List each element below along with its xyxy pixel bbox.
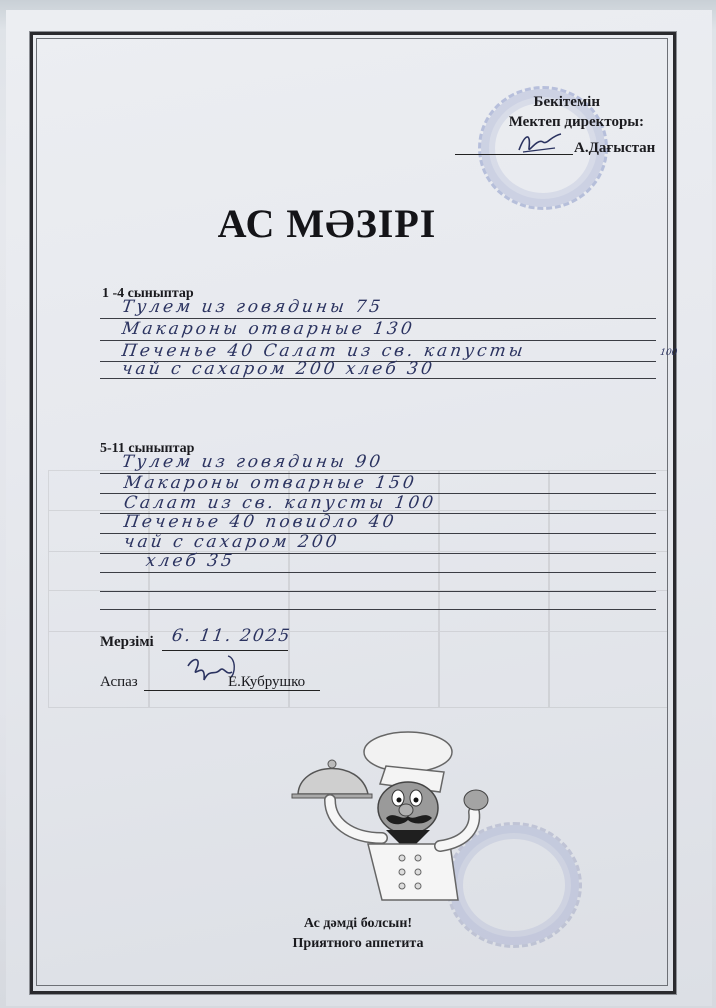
- date-label: Мерзімі: [100, 634, 154, 651]
- page-title: АС МӘЗІРІ: [0, 200, 716, 247]
- menu-line: Печенье 40 повидло 40: [123, 512, 398, 532]
- menu-line: Салат из св. капусты 100: [123, 493, 438, 513]
- ruled-line: [100, 609, 656, 610]
- director-signature-icon: [515, 128, 565, 158]
- menu-line: Макароны отварные 130: [121, 319, 416, 339]
- approval-heading: Бекітемін: [440, 92, 670, 112]
- footer-greeting-russian: Приятного аппетита: [0, 936, 716, 952]
- date-value: 6. 11. 2025: [171, 626, 293, 646]
- footer-greeting-kazakh: Ас дәмді болсын!: [0, 916, 716, 932]
- menu-line: чай с сахаром 200 хлеб 30: [121, 359, 437, 379]
- approval-block: Бекітемін Мектеп директоры:: [440, 92, 670, 132]
- menu-line: Макароны отварные 150: [123, 473, 418, 493]
- menu-line: Тулем из говядины 75: [121, 297, 385, 317]
- menu-line: чай с сахаром 200: [123, 532, 341, 552]
- cook-label: Аспаз: [100, 674, 138, 691]
- menu-line: Печенье 40 Салат из св. капусты: [121, 341, 527, 361]
- menu-line: Тулем из говядины 90: [121, 452, 385, 472]
- director-name: А.Дағыстан: [574, 140, 655, 157]
- ruled-line: [100, 591, 656, 592]
- menu-line-note: 100: [659, 348, 678, 358]
- cook-name: Е.Кубрушко: [228, 674, 305, 691]
- ruled-line: [100, 378, 656, 379]
- date-line: [162, 650, 288, 651]
- menu-line: хлеб 35: [145, 551, 237, 571]
- ruled-line: [100, 572, 656, 573]
- chef-with-cloche-icon: [290, 722, 490, 902]
